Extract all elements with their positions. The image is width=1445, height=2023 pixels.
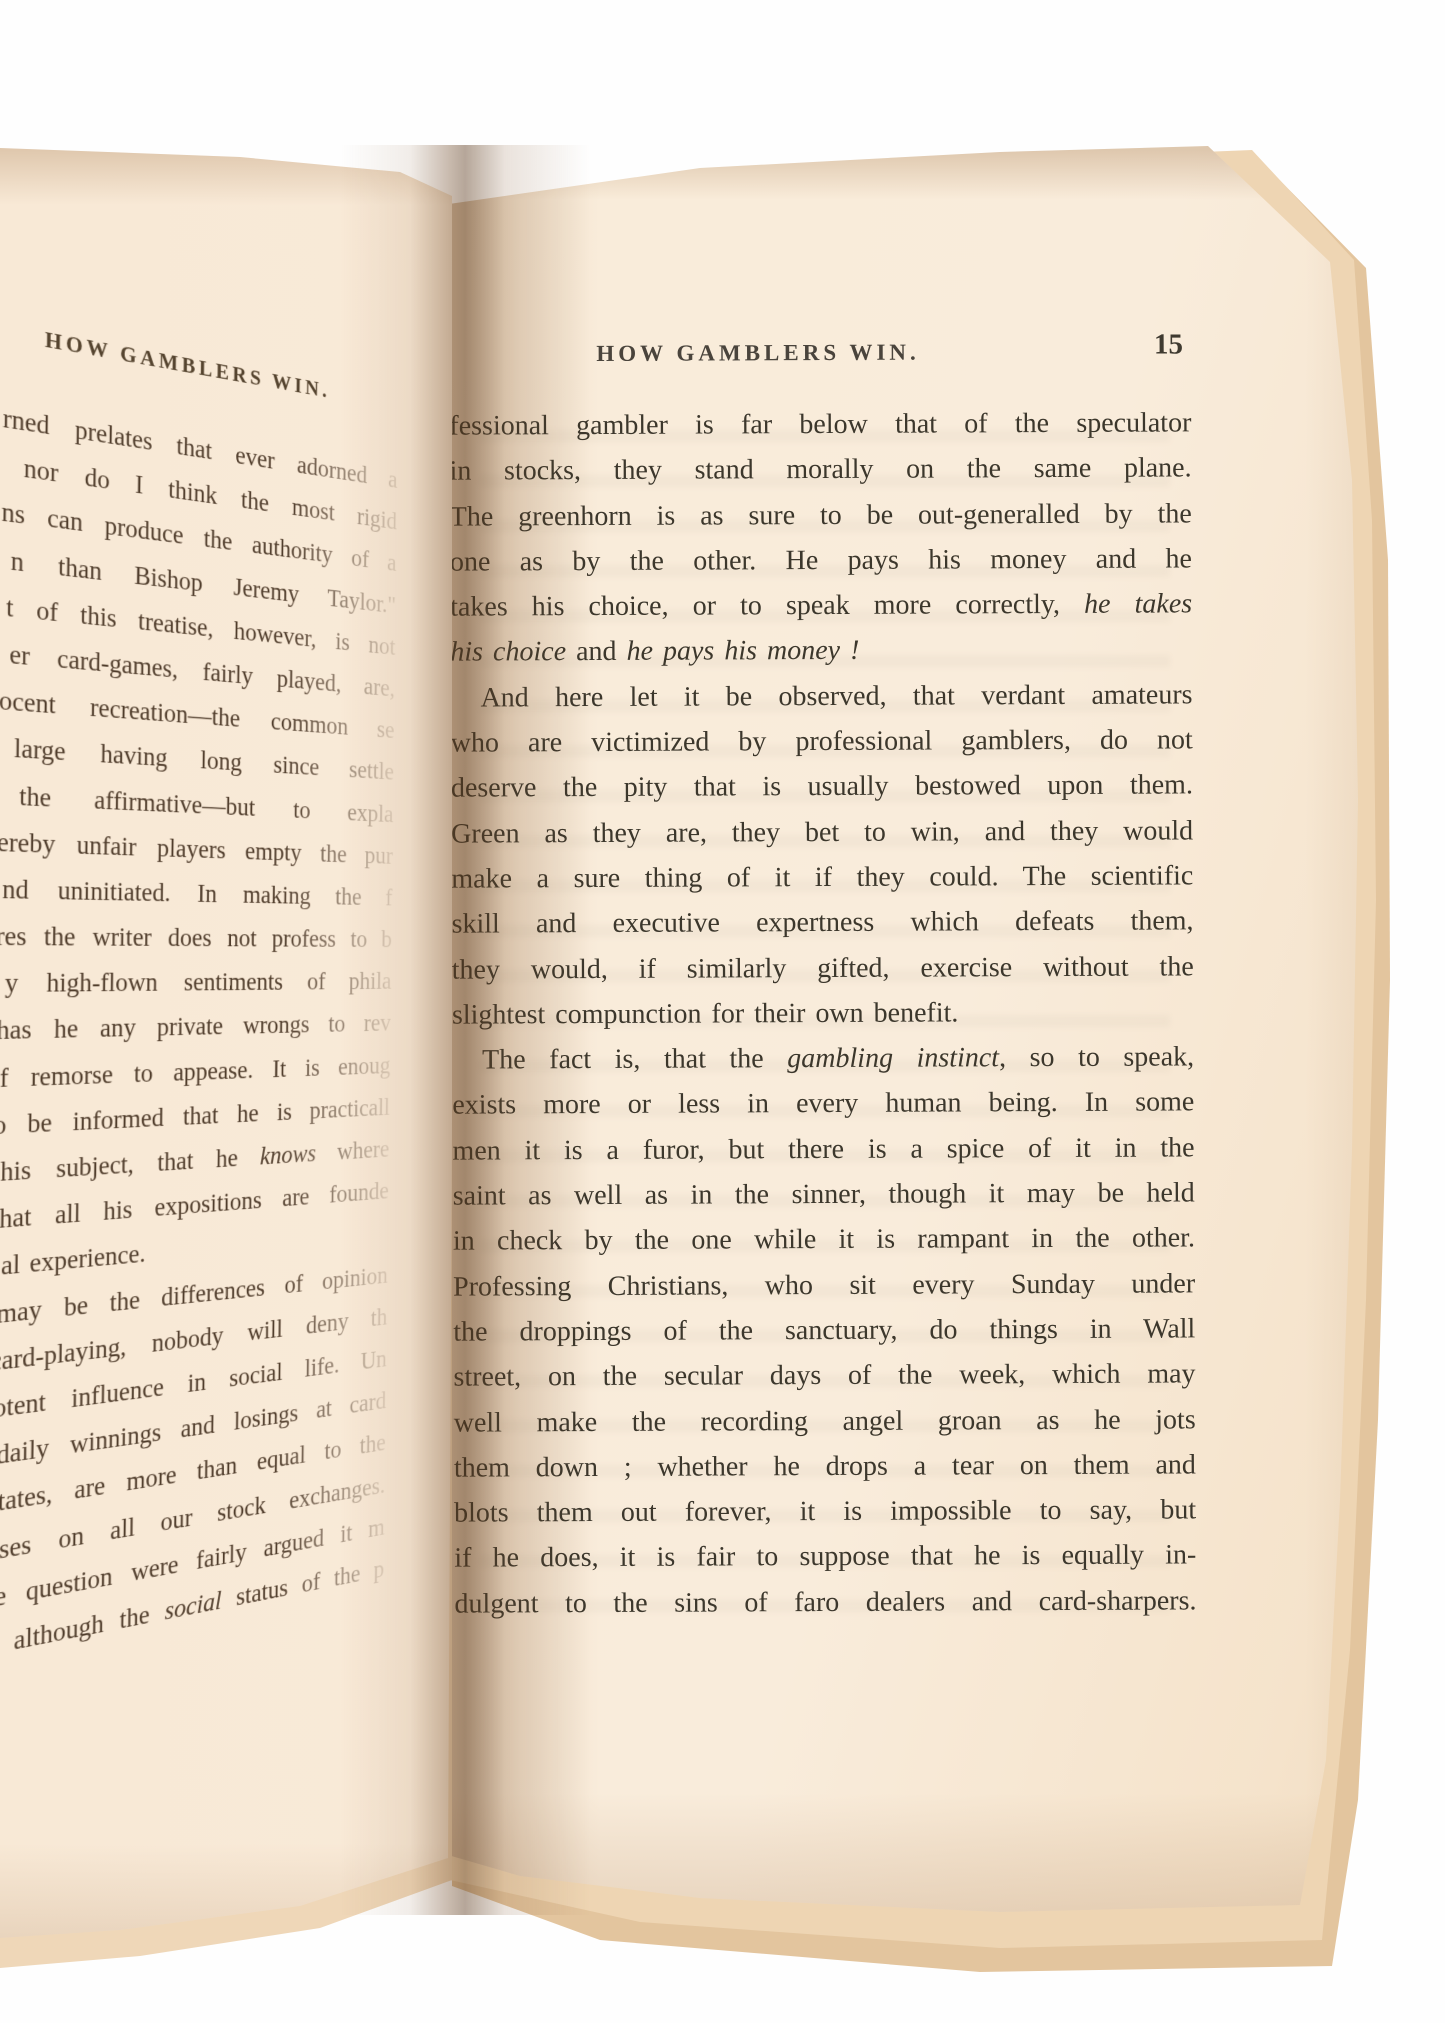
- text-line: the droppings of the sanctuary, do thing…: [453, 1306, 1195, 1355]
- text-line: they would, if similarly gifted, exercis…: [452, 944, 1194, 993]
- right-page-header-row: HOW GAMBLERS WIN. 15: [445, 328, 1195, 393]
- text-line: in stocks, they stand morally on the sam…: [449, 446, 1191, 495]
- text-line: Green as they are, they bet to win, and …: [451, 808, 1193, 857]
- text-line: his choice and he pays his money !: [450, 627, 1192, 676]
- text-line: fessional gambler is far below that of t…: [449, 400, 1191, 449]
- text-line: dulgent to the sins of faro dealers and …: [454, 1578, 1196, 1627]
- text-line: street, on the secular days of the week,…: [453, 1352, 1195, 1401]
- text-line: The fact is, that the gambling instinct,…: [452, 1035, 1194, 1084]
- text-line: make a sure thing of it if they could. T…: [451, 853, 1193, 902]
- text-line: men it is a furor, but there is a spice …: [452, 1125, 1194, 1174]
- text-line: them down ; whether he drops a tear on t…: [454, 1442, 1196, 1491]
- left-running-head: HOW GAMBLERS WIN.: [45, 327, 330, 403]
- right-page-content: HOW GAMBLERS WIN. 15 fessional gambler i…: [445, 328, 1201, 1731]
- page-number: 15: [1154, 328, 1183, 361]
- text-line: exists more or less in every human being…: [452, 1080, 1194, 1129]
- text-line: res the writer does not profess to b: [0, 913, 392, 961]
- book-photo: HOW GAMBLERS WIN. 15 fessional gambler i…: [0, 0, 1445, 2023]
- text-line: takes his choice, or to speak more corre…: [450, 582, 1192, 631]
- text-line: And here let it be observed, that verdan…: [450, 672, 1192, 721]
- text-line: one as by the other. He pays his money a…: [450, 536, 1192, 585]
- text-line: blots them out forever, it is impossible…: [454, 1488, 1196, 1537]
- text-line: in check by the one while it is rampant …: [453, 1216, 1195, 1265]
- left-page-text: rned prelates that ever adorned anor do …: [0, 395, 398, 1670]
- text-line: if he does, it is fair to suppose that h…: [454, 1533, 1196, 1582]
- right-page-text: fessional gambler is far below that of t…: [449, 400, 1196, 1626]
- text-line: Professing Christians, who sit every Sun…: [453, 1261, 1195, 1310]
- text-line: well make the recording angel groan as h…: [454, 1397, 1196, 1446]
- text-line: slightest compunction for their own bene…: [452, 989, 1194, 1038]
- text-line: skill and executive expertness which def…: [451, 899, 1193, 948]
- text-line: The greenhorn is as sure to be out-gener…: [450, 491, 1192, 540]
- text-line: y high-flown sentiments of phila: [0, 960, 392, 1007]
- text-line: deserve the pity that is usually bestowe…: [451, 763, 1193, 812]
- left-page-content: HOW GAMBLERS WIN. rned prelates that eve…: [0, 315, 412, 1736]
- text-line: saint as well as in the sinner, though i…: [453, 1170, 1195, 1219]
- text-line: who are victimized by professional gambl…: [451, 717, 1193, 766]
- right-running-head: HOW GAMBLERS WIN.: [596, 340, 920, 367]
